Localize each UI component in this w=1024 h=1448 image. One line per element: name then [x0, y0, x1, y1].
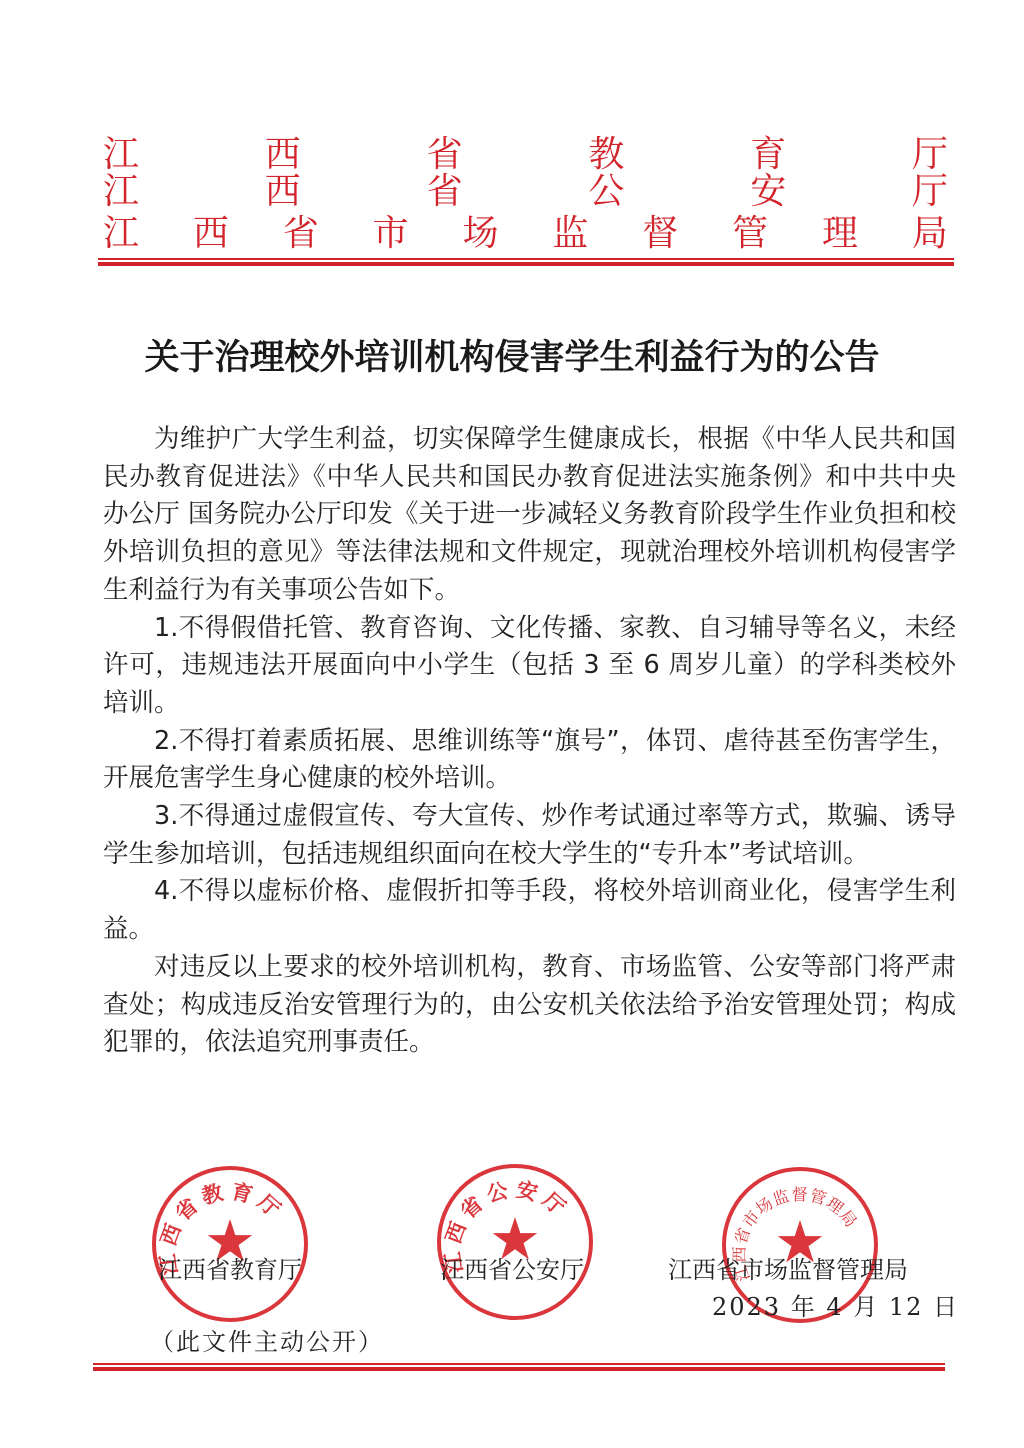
header-char: 江	[103, 172, 139, 212]
header-char: 市	[373, 214, 409, 254]
header-char: 教	[588, 135, 624, 175]
document-title: 关于治理校外培训机构侵害学生利益行为的公告	[0, 330, 1024, 380]
rule-item-3: 3.不得通过虚假宣传、夸大宣传、炒作考试通过率等方式，欺骗、诱导学生参加培训，包…	[103, 798, 956, 873]
signature-education-dept: 江西省教育厅	[158, 1250, 302, 1285]
disclosure-note: （此文件主动公开）	[150, 1322, 384, 1357]
document-body: 为维护广大学生利益，切实保障学生健康成长，根据《中华人民共和国民办教育促进法》《…	[103, 421, 956, 1062]
header-char: 公	[588, 172, 624, 212]
penalty-paragraph: 对违反以上要求的校外培训机构，教育、市场监管、公安等部门将严肃查处；构成违反治安…	[103, 949, 956, 1062]
header-char: 厅	[912, 172, 948, 212]
header-char: 江	[103, 135, 139, 175]
header-char: 西	[265, 172, 301, 212]
header-char: 西	[193, 214, 229, 254]
seal-education-dept: 江西省教育厅 ★	[152, 1166, 308, 1322]
header-char: 监	[552, 214, 588, 254]
signature-market-regulation-bureau: 江西省市场监督管理局	[668, 1250, 908, 1285]
issue-date: 2023 年 4 月 12 日	[712, 1287, 959, 1322]
header-char: 厅	[912, 135, 948, 175]
intro-paragraph: 为维护广大学生利益，切实保障学生健康成长，根据《中华人民共和国民办教育促进法》《…	[103, 421, 956, 610]
header-char: 督	[642, 214, 678, 254]
footer-divider	[93, 1363, 945, 1371]
signature-public-security-dept: 江西省公安厅	[440, 1250, 584, 1285]
header-char: 理	[822, 214, 858, 254]
header-char: 场	[463, 214, 499, 254]
header-char: 省	[427, 135, 463, 175]
header-char: 省	[283, 214, 319, 254]
seal-public-security-dept: 江西省公安厅 ★	[437, 1164, 593, 1320]
header-divider	[98, 258, 954, 266]
header-char: 安	[750, 172, 786, 212]
rule-item-2: 2.不得打着素质拓展、思维训练等“旗号”，体罚、虐待甚至伤害学生，开展危害学生身…	[103, 723, 956, 798]
issuer-row-market-regulation: 江 西 省 市 场 监 督 管 理 局	[103, 214, 948, 254]
header-char: 江	[103, 214, 139, 254]
rule-item-4: 4.不得以虚标价格、虚假折扣等手段，将校外培训商业化，侵害学生利益。	[103, 873, 956, 948]
header-char: 西	[265, 135, 301, 175]
rule-item-1: 1.不得假借托管、教育咨询、文化传播、家教、自习辅导等名义，未经许可，违规违法开…	[103, 610, 956, 723]
issuer-row-education: 江 西 省 教 育 厅	[103, 135, 948, 175]
header-char: 育	[750, 135, 786, 175]
issuer-row-public-security: 江 西 省 公 安 厅	[103, 172, 948, 212]
header-char: 省	[427, 172, 463, 212]
header-char: 局	[912, 214, 948, 254]
header-char: 管	[732, 214, 768, 254]
